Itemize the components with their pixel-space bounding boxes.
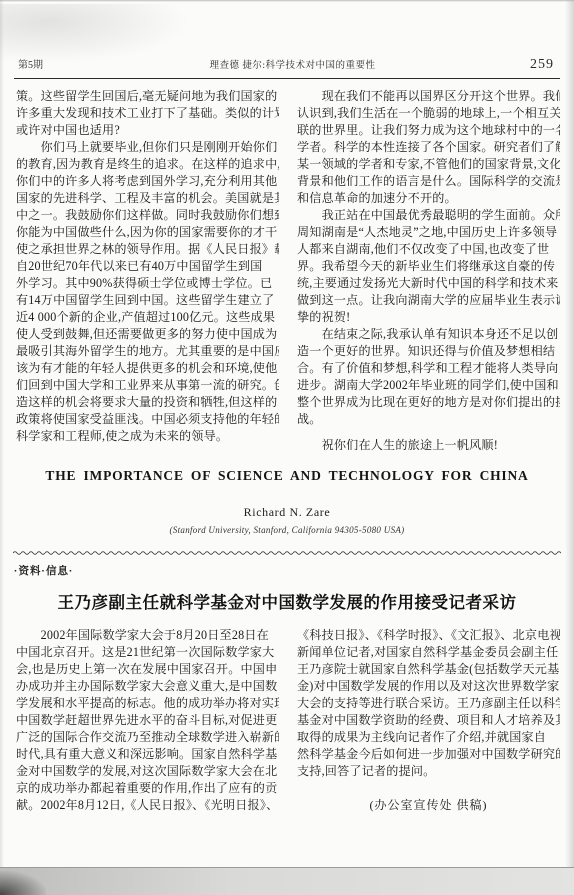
running-title: 理查德 捷尔:科学技术对中国的重要性 bbox=[209, 57, 375, 71]
text-line: 和信息革命的加速分不开的。 bbox=[297, 190, 560, 207]
text-line: 整个世界成为比现在更好的地方是对你们提出的挑 bbox=[297, 394, 560, 411]
text-line: 中国数学赶超世界先进水平的奋斗目标,对促进更 bbox=[16, 712, 279, 729]
text-line: 学发展和水平提高的标志。他的成功举办将对实现 bbox=[16, 695, 279, 712]
page-number: 259 bbox=[530, 57, 554, 73]
text-line: 战。 bbox=[297, 411, 560, 428]
scan-bottom-corner bbox=[0, 871, 46, 895]
text-line: 背景和他们工作的语言是什么。国际科学的交流是 bbox=[297, 173, 560, 190]
text-line: 有14万中国留学生回到中国。这些留学生建立了 bbox=[16, 292, 279, 309]
text-line: 进步。湖南大学2002年毕业班的同学们,使中国和 bbox=[297, 377, 560, 394]
text-line: 联的世界里。让我们努力成为这个地球村中的一名 bbox=[297, 122, 560, 139]
text-line: 挚的祝贺! bbox=[297, 309, 560, 326]
page-header: 第5期 理查德 捷尔:科学技术对中国的重要性 259 bbox=[0, 0, 574, 73]
news-headline: 王乃彦副主任就科学基金对中国数学发展的作用接受记者采访 bbox=[0, 589, 574, 613]
scan-right-edge bbox=[565, 0, 574, 895]
text-line: 国家的先进科学、工程及丰富的机会。美国就是其 bbox=[16, 190, 279, 207]
header-rule bbox=[14, 78, 560, 79]
wavy-divider bbox=[13, 550, 561, 556]
text-line bbox=[297, 428, 560, 437]
text-line: 外学习。其中90%获得硕士学位或博士学位。已 bbox=[16, 275, 279, 292]
text-line: 中之一。我鼓励你们这样做。同时我鼓励你们想到 bbox=[16, 207, 279, 224]
text-line: 办成功并主办国际数学家大会意义重大,是中国数 bbox=[16, 678, 279, 695]
text-line: 新闻单位记者,对国家自然科学基金委员会副主任 bbox=[297, 644, 560, 661]
text-line: 你能为中国做些什么,因为你的国家需要你的才干 bbox=[16, 224, 279, 241]
text-line: 2002年国际数学家大会于8月20日至28日在 bbox=[16, 627, 279, 644]
text-line: 支持,回答了记者的提问。 bbox=[297, 763, 560, 780]
news-left-column: 2002年国际数学家大会于8月20日至28日在中国北京召开。这是21世纪第一次国… bbox=[16, 627, 279, 814]
text-line: 中国北京召开。这是21世纪第一次国际数学家大 bbox=[16, 644, 279, 661]
text-line: 献。2002年8月12日,《人民日报》、《光明日报》、 bbox=[16, 797, 279, 814]
text-line: 你们中的许多人将考虑到国外学习,充分利用其他 bbox=[16, 173, 279, 190]
text-line: 造一个更好的世界。知识还得与价值及梦想相结 bbox=[297, 343, 560, 360]
text-line: 或许对中国也适用? bbox=[16, 122, 279, 139]
news-right-text: 《科技日报》、《科学时报》、《文汇报》、北京电视台等新闻单位记者,对国家自然科学… bbox=[297, 627, 560, 780]
author-affiliation: (Stanford University, Stanford, Californ… bbox=[0, 525, 574, 535]
text-line: 的教育,因为教育是终生的追求。在这样的追求中, bbox=[16, 156, 279, 173]
text-line: 人都来自湖南,他们不仅改变了中国,也改变了世 bbox=[297, 241, 560, 258]
text-line: 广泛的国际合作交流乃至推动全球数学进入崭新的 bbox=[16, 729, 279, 746]
section-label: ·资料·信息· bbox=[14, 563, 574, 578]
author-name: Richard N. Zare bbox=[0, 505, 574, 520]
news-right-column: 《科技日报》、《科学时报》、《文汇报》、北京电视台等新闻单位记者,对国家自然科学… bbox=[297, 627, 560, 814]
text-line: 祝你们在人生的旅途上一帆风顺! bbox=[297, 437, 560, 454]
text-line: 该为有才能的年轻人提供更多的机会和环境,使他 bbox=[16, 360, 279, 377]
text-line: 统,主要通过发扬光大新时代中国的科学和技术来 bbox=[297, 275, 560, 292]
text-line: 基金对中国数学资助的经费、项目和人才培养及其 bbox=[297, 712, 560, 729]
text-line: 近4 000个新的企业,产值超过100亿元。这些成果 bbox=[16, 309, 279, 326]
text-line: 做到这一点。让我向湖南大学的应届毕业生表示诚 bbox=[297, 292, 560, 309]
text-line: 最吸引其海外留学生的地方。尤其重要的是中国应 bbox=[16, 343, 279, 360]
speech-article-body: 策。这些留学生回国后,毫无疑问地为我们国家的许多重大发现和技术工业打下了基础。类… bbox=[16, 88, 560, 454]
text-line: 《科技日报》、《科学时报》、《文汇报》、北京电视台等 bbox=[297, 627, 560, 644]
text-line: 合。有了价值和梦想,科学和工程才能将人类导向 bbox=[297, 360, 560, 377]
text-line: 使之承担世界之林的领导作用。据《人民日报》载, bbox=[16, 241, 279, 258]
text-line: 时代,具有重大意义和深远影响。国家自然科学基 bbox=[16, 746, 279, 763]
scan-bottom-band bbox=[0, 868, 574, 895]
speech-right-column: 现在我们不能再以国界区分开这个世界。我们认识到,我们生活在一个脆弱的地球上,一个… bbox=[297, 88, 560, 454]
text-line: 使人受到鼓舞,但还需要做更多的努力使中国成为 bbox=[16, 326, 279, 343]
text-line: 会,也是历史上第一次在发展中国家召开。中国申 bbox=[16, 661, 279, 678]
text-line: 现在我们不能再以国界区分开这个世界。我们 bbox=[297, 88, 560, 105]
text-line: 科学家和工程师,使之成为未来的领导。 bbox=[16, 428, 279, 445]
news-article-body: 2002年国际数学家大会于8月20日至28日在中国北京召开。这是21世纪第一次国… bbox=[16, 627, 560, 814]
byline: (办公室宣传处 供稿) bbox=[297, 796, 560, 813]
text-line: 金)对中国数学发展的作用以及对这次世界数学家 bbox=[297, 678, 560, 695]
text-line: 策。这些留学生回国后,毫无疑问地为我们国家的 bbox=[16, 88, 279, 105]
text-line: 我正站在中国最优秀最聪明的学生面前。众所 bbox=[297, 207, 560, 224]
text-line: 然科学基金今后如何进一步加强对中国数学研究的 bbox=[297, 746, 560, 763]
text-line: 取得的成果为主线向记者作了介绍,并就国家自 bbox=[297, 729, 560, 746]
issue-label: 第5期 bbox=[18, 56, 43, 71]
text-line: 某一领域的学者和专家,不管他们的国家背景,文化 bbox=[297, 156, 560, 173]
text-line: 认识到,我们生活在一个脆弱的地球上,一个相互关 bbox=[297, 105, 560, 122]
speech-left-column: 策。这些留学生回国后,毫无疑问地为我们国家的许多重大发现和技术工业打下了基础。类… bbox=[16, 88, 279, 454]
scan-left-edge bbox=[0, 0, 4, 895]
text-line: 们回到中国大学和工业界来从事第一流的研究。创 bbox=[16, 377, 279, 394]
text-line: 京的成功举办都起着重要的作用,作出了应有的贡 bbox=[16, 780, 279, 797]
text-line: 王乃彦院士就国家自然科学基金(包括数学天元基 bbox=[297, 661, 560, 678]
text-line: 学者。科学的本性连接了各个国家。研究者们了解 bbox=[297, 139, 560, 156]
text-line: 周知湖南是“人杰地灵”之地,中国历史上许多领导 bbox=[297, 224, 560, 241]
text-line: 金对中国数学的发展,对这次国际数学家大会在北 bbox=[16, 763, 279, 780]
text-line: 造这样的机会将要求大量的投资和牺牲,但这样的 bbox=[16, 394, 279, 411]
text-line: 在结束之际,我承认单有知识本身还不足以创 bbox=[297, 326, 560, 343]
article-title-english: THE IMPORTANCE OF SCIENCE AND TECHNOLOGY… bbox=[0, 468, 574, 484]
text-line: 你们马上就要毕业,但你们只是刚刚开始你们 bbox=[16, 139, 279, 156]
journal-page: 第5期 理查德 捷尔:科学技术对中国的重要性 259 策。这些留学生回国后,毫无… bbox=[0, 0, 574, 895]
text-line: 界。我希望今天的新毕业生们将继承这自豪的传 bbox=[297, 258, 560, 275]
text-line: 自20世纪70年代以来已有40万中国留学生到国 bbox=[16, 258, 279, 275]
page-bottom-edge bbox=[0, 867, 574, 868]
text-line: 许多重大发现和技术工业打下了基础。类似的计划 bbox=[16, 105, 279, 122]
text-line: 大会的支持等进行联合采访。王乃彦副主任以科学 bbox=[297, 695, 560, 712]
text-line: 政策将使国家受益匪浅。中国必须支持他的年轻的 bbox=[16, 411, 279, 428]
